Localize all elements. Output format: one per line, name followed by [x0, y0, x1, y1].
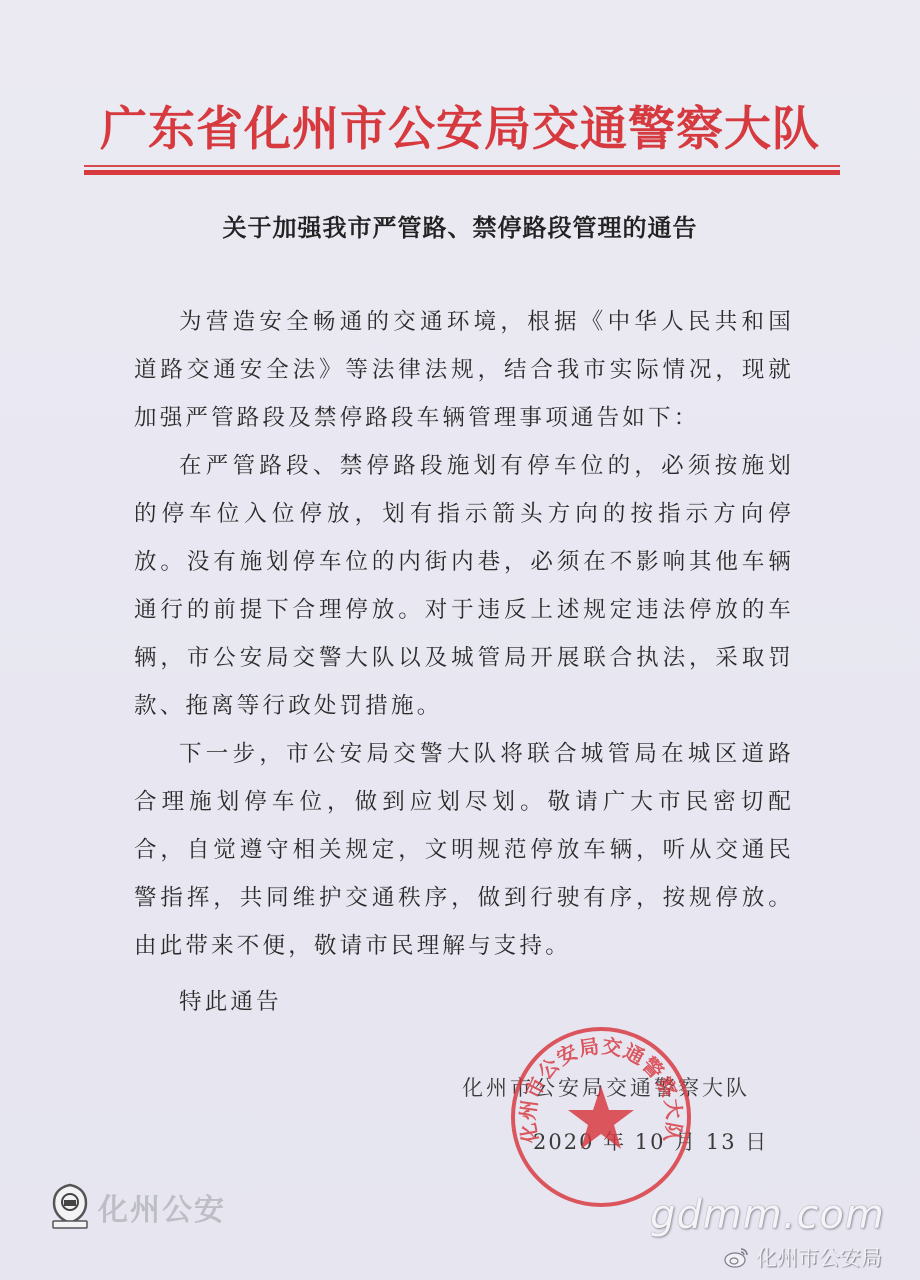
weibo-account: 化州市公安局: [756, 1242, 882, 1272]
site-watermark: gdmm.com: [650, 1192, 885, 1238]
paragraph-intro: 为营造安全畅通的交通环境，根据《中华人民共和国道路交通安全法》等法律法规，结合我…: [134, 298, 794, 442]
weibo-watermark: 化州市公安局: [724, 1242, 882, 1272]
official-seal: 化州市公安局交通警察大队: [508, 1024, 694, 1210]
logo-text: 化州公安: [98, 1185, 226, 1229]
document-page: 广东省化州市公安局交通警察大队 关于加强我市严管路、禁停路段管理的通告 为营造安…: [0, 0, 920, 1280]
notice-title: 关于加强我市严管路、禁停路段管理的通告: [130, 208, 790, 243]
paragraph-next-steps: 下一步，市公安局交警大队将联合城管局在城区道路合理施划停车位，做到应划尽划。敬请…: [134, 730, 794, 970]
notice-body: 为营造安全畅通的交通环境，根据《中华人民共和国道路交通安全法》等法律法规，结合我…: [134, 298, 794, 1026]
paragraph-rules: 在严管路段、禁停路段施划有停车位的，必须按施划的停车位入位停放，划有指示箭头方向…: [134, 442, 794, 730]
star-icon: [568, 1086, 634, 1149]
masthead-rule-thin: [84, 165, 840, 167]
police-badge-icon: [50, 1183, 90, 1231]
closing-line: 特此通告: [134, 978, 794, 1026]
police-logo-watermark: 化州公安: [50, 1183, 226, 1231]
masthead: 广东省化州市公安局交通警察大队: [80, 100, 840, 160]
masthead-rule-thick: [84, 170, 840, 175]
weibo-icon: [724, 1246, 750, 1268]
